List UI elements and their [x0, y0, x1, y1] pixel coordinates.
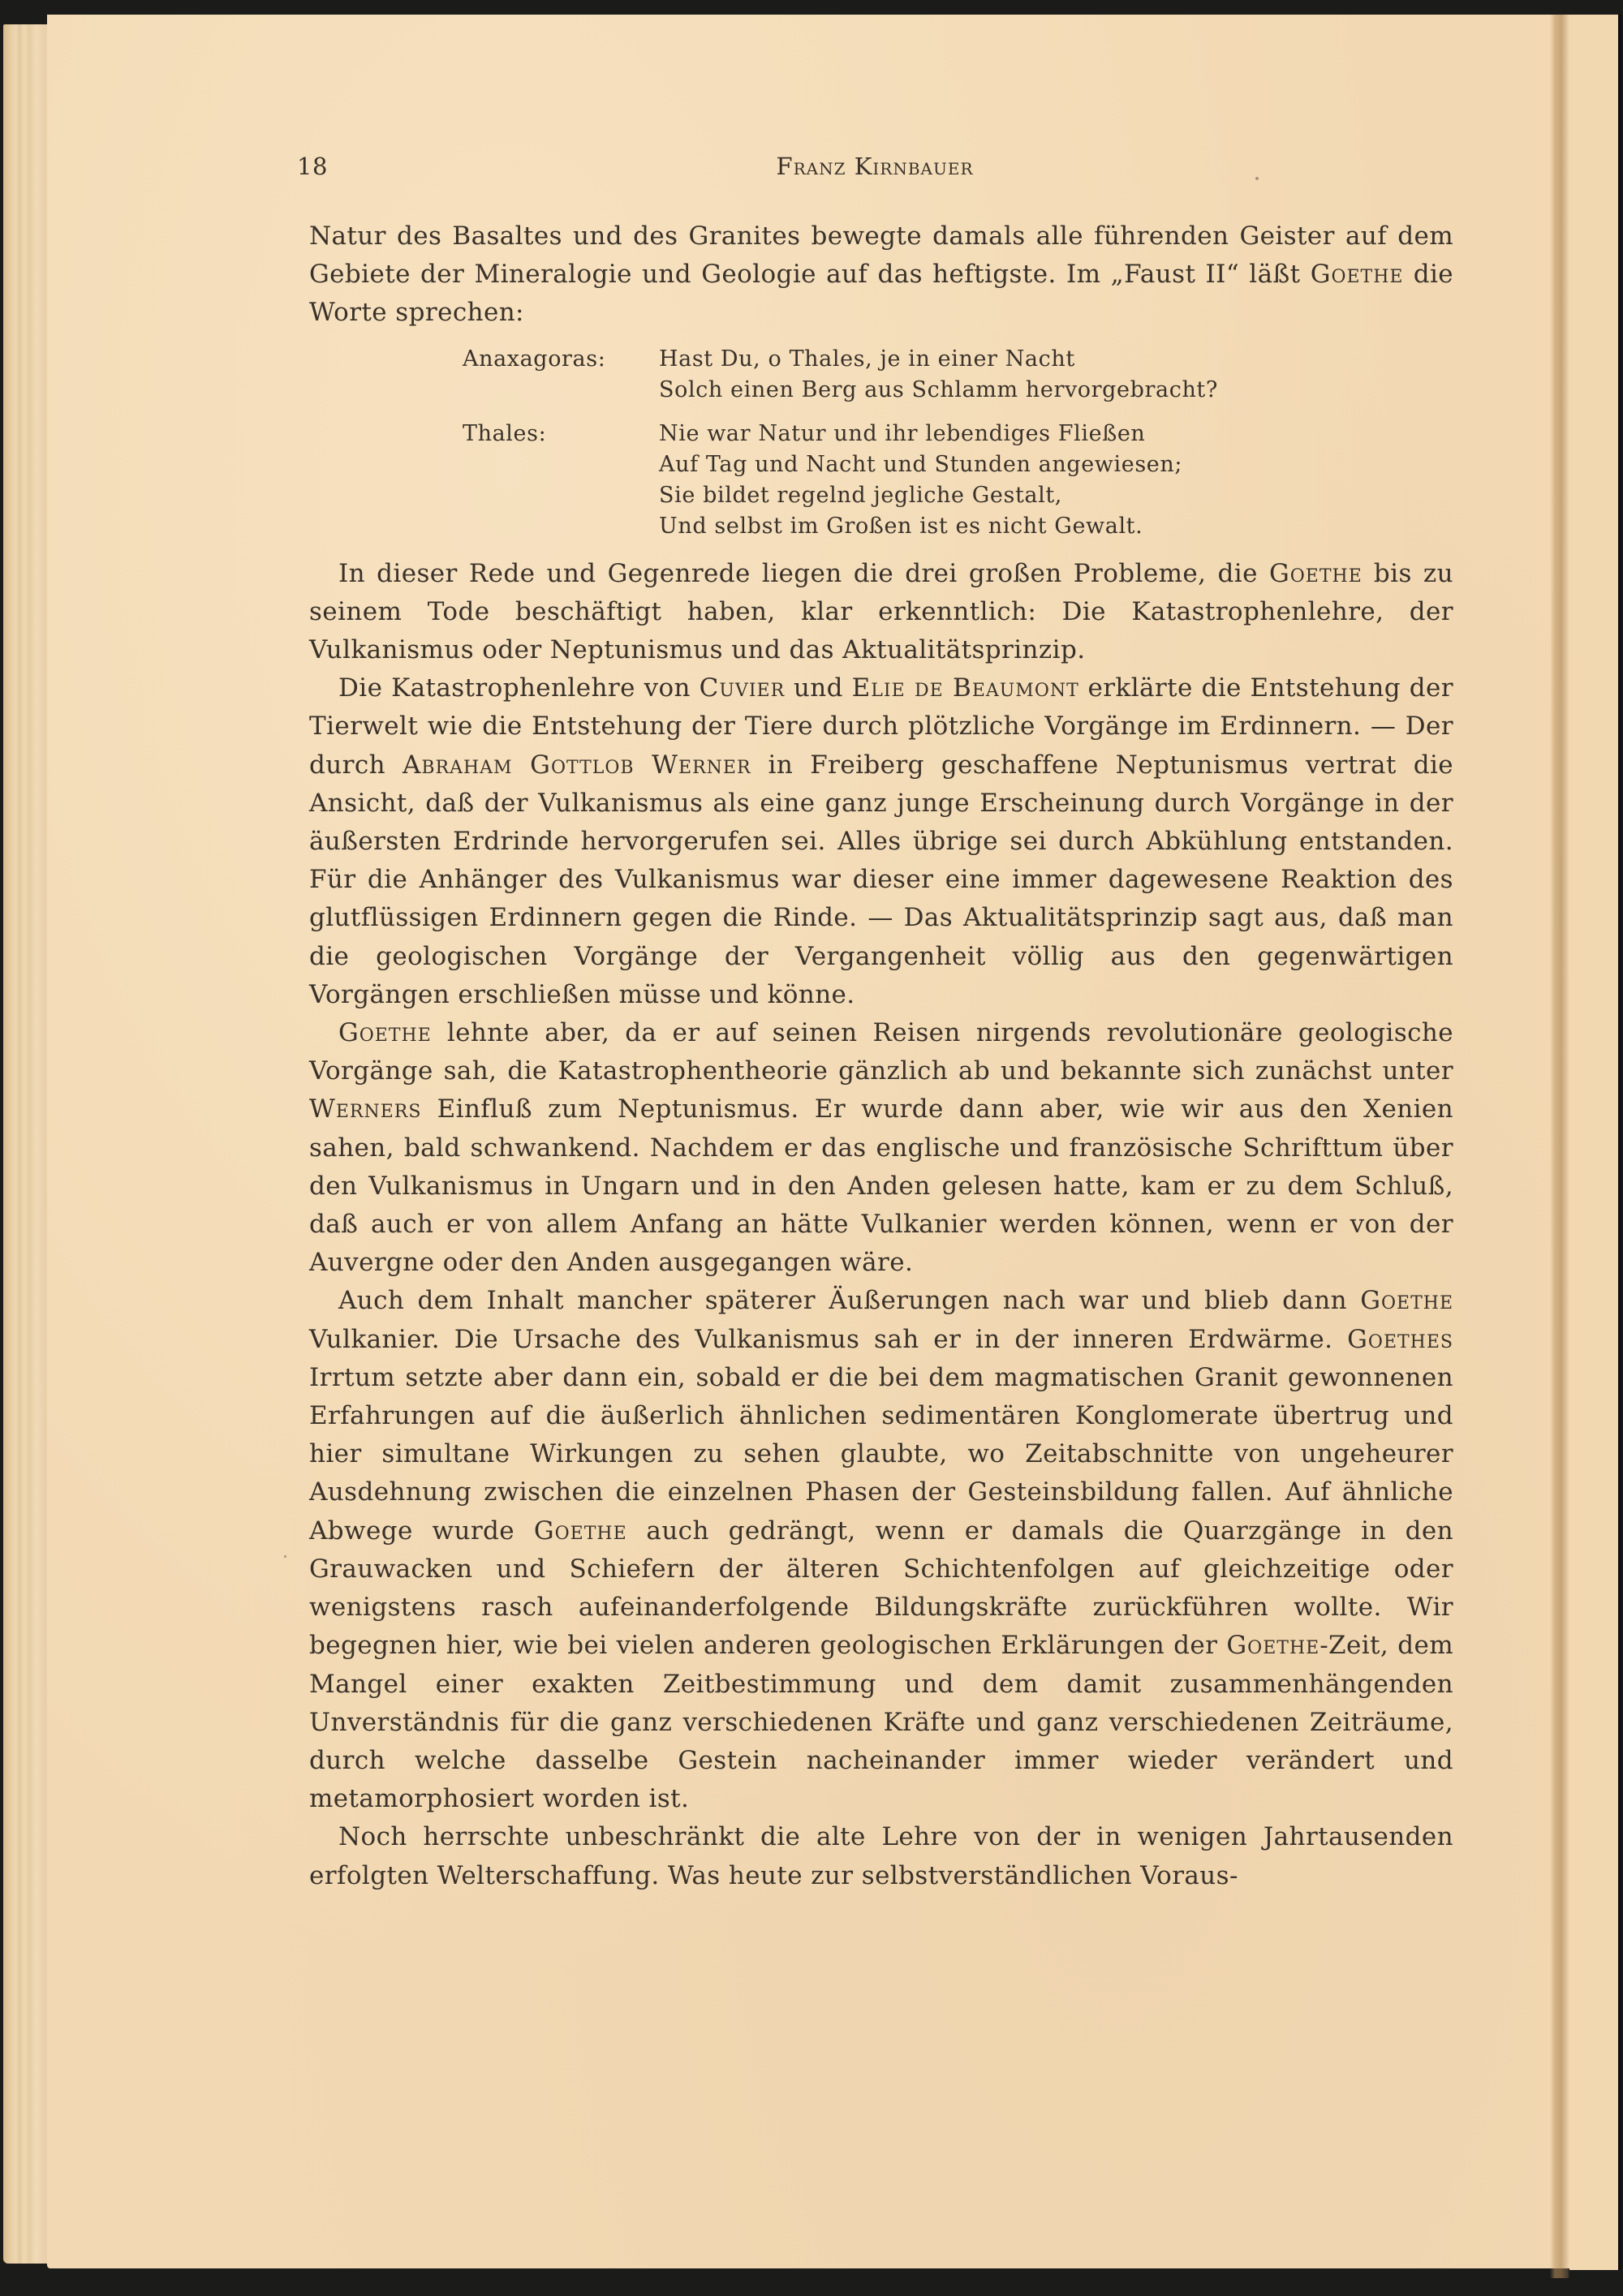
person-name-smallcaps: Goethes: [1347, 1325, 1453, 1354]
person-name-smallcaps: Goethe: [1360, 1286, 1453, 1315]
verse-line: Auf Tag und Nacht und Stunden angewiesen…: [659, 449, 1453, 480]
running-head: 18 Franz Kirnbauer: [297, 153, 1453, 188]
page-content: 18 Franz Kirnbauer Natur des Basaltes un…: [0, 0, 1623, 2296]
verse-line: Nie war Natur und ihr lebendiges Fließen: [659, 419, 1453, 449]
person-name-smallcaps: Abraham Gottlob Werner: [403, 750, 751, 780]
text-run: in Freiberg geschaffene Neptunismus vert…: [309, 750, 1453, 1009]
verse-quotation: Anaxagoras:Hast Du, o Thales, je in eine…: [309, 344, 1453, 542]
person-name-smallcaps: Goethe: [338, 1018, 432, 1047]
verse-speech: Thales:Nie war Natur und ihr lebendiges …: [309, 419, 1453, 542]
verse-speaker: Thales:: [463, 419, 546, 449]
text-run: Noch herrschte unbeschränkt die alte Leh…: [309, 1822, 1453, 1890]
body-paragraph: Noch herrschte unbeschränkt die alte Leh…: [309, 1818, 1453, 1894]
text-run: Auch dem Inhalt mancher späterer Äußerun…: [338, 1286, 1360, 1315]
person-name-smallcaps: Goethe: [534, 1516, 627, 1546]
scanned-book-page: 18 Franz Kirnbauer Natur des Basaltes un…: [0, 0, 1623, 2296]
body-paragraph: Die Katastrophenlehre von Cuvier und Eli…: [309, 669, 1453, 1014]
verse-line: Solch einen Berg aus Schlamm hervorgebra…: [659, 375, 1453, 406]
body-paragraph: Auch dem Inhalt mancher späterer Äußerun…: [309, 1282, 1453, 1818]
verse-line: Sie bildet regelnd jegliche Gestalt,: [659, 480, 1453, 511]
verse-speaker: Anaxagoras:: [463, 344, 605, 375]
person-name-smallcaps: Goethe: [1226, 1631, 1319, 1660]
text-run: Einfluß zum Neptunismus. Er wurde dann a…: [309, 1094, 1453, 1277]
person-name-smallcaps: Werners: [309, 1094, 421, 1124]
text-run: und: [785, 673, 852, 703]
body-paragraph: In dieser Rede und Gegenrede liegen die …: [309, 555, 1453, 670]
text-run: In dieser Rede und Gegenrede liegen die …: [338, 559, 1269, 588]
person-name-smallcaps: Cuvier: [700, 673, 785, 703]
text-run: Vulkanier. Die Ursache des Vulkanismus s…: [309, 1325, 1347, 1354]
text-run: Natur des Basaltes und des Granites bewe…: [309, 221, 1453, 289]
running-head-title: Franz Kirnbauer: [297, 153, 1453, 180]
opening-paragraph: Natur des Basaltes und des Granites bewe…: [309, 217, 1453, 333]
body-text: Natur des Basaltes und des Granites bewe…: [309, 217, 1453, 1895]
verse-line: Hast Du, o Thales, je in einer Nacht: [659, 344, 1453, 375]
text-run: Die Katastrophenlehre von: [338, 673, 700, 703]
person-name-smallcaps: Goethe: [1269, 559, 1363, 588]
body-paragraph: Goethe lehnte aber, da er auf seinen Rei…: [309, 1014, 1453, 1282]
text-run: lehnte aber, da er auf seinen Reisen nir…: [309, 1018, 1453, 1086]
person-name-smallcaps: Goethe: [1311, 260, 1404, 289]
person-name-smallcaps: Elie de Beaumont: [852, 673, 1079, 703]
paragraph-list: In dieser Rede und Gegenrede liegen die …: [309, 555, 1453, 1895]
verse-speech: Anaxagoras:Hast Du, o Thales, je in eine…: [309, 344, 1453, 406]
verse-line: Und selbst im Großen ist es nicht Gewalt…: [659, 511, 1453, 542]
